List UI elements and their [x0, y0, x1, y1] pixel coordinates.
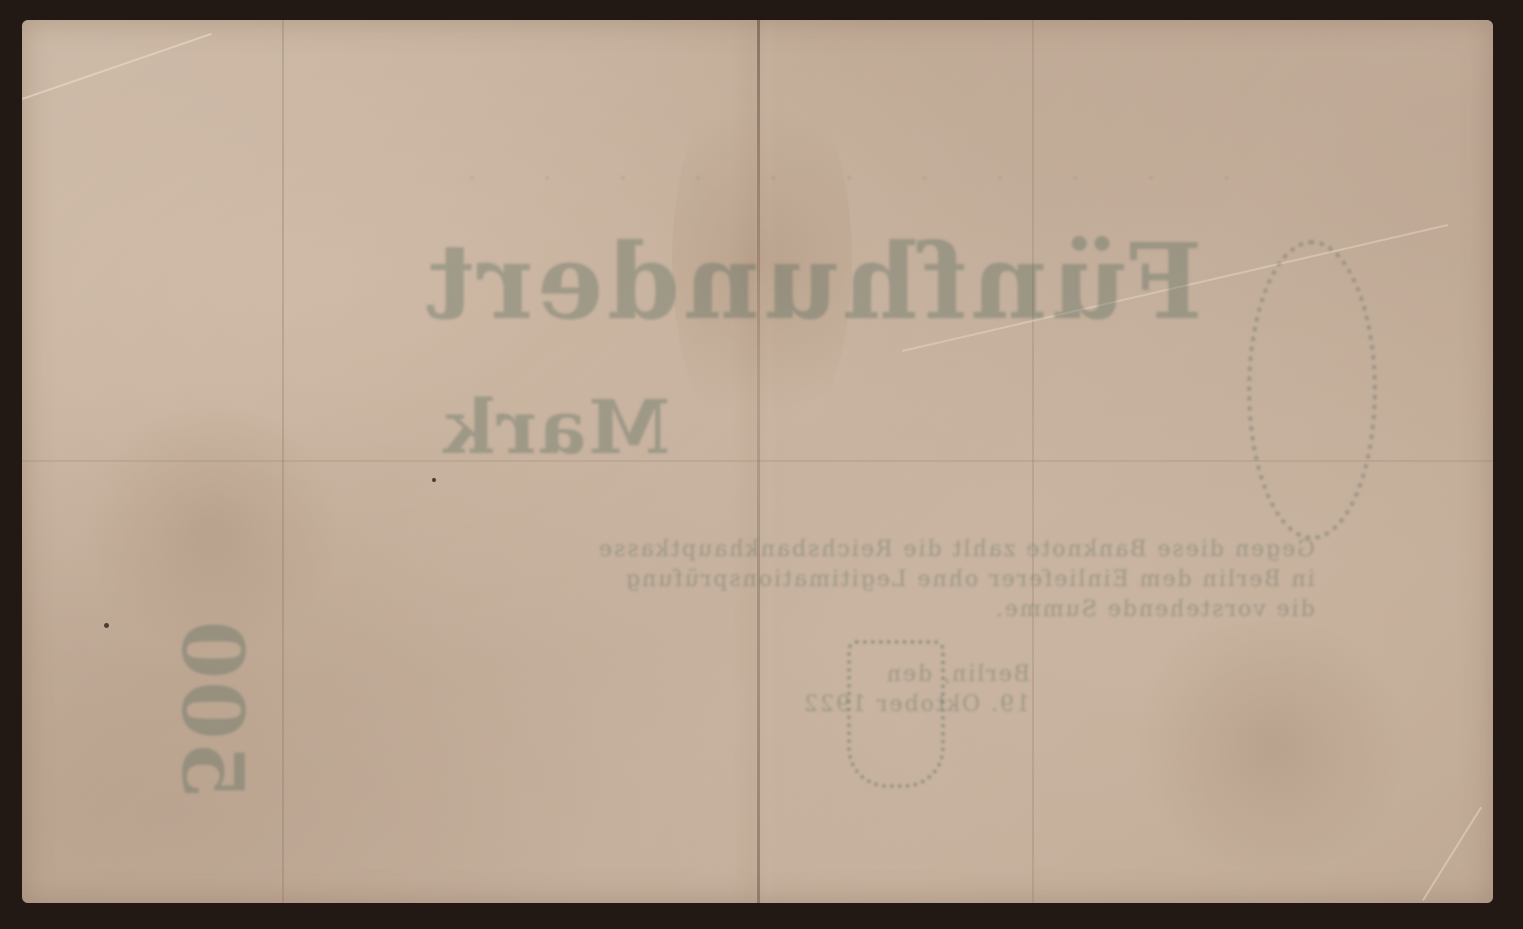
ink-spot: [432, 478, 436, 482]
ink-spot: [104, 623, 109, 628]
bleed-through-dots: · · · · · · · · · · ·: [437, 168, 1229, 189]
bleed-through-ornament: [1247, 240, 1377, 540]
photo-stage: · · · · · · · · · · · Fünfhundert Mark G…: [0, 0, 1523, 929]
bleed-through-seal: [847, 640, 945, 788]
corner-crease: [1422, 807, 1482, 901]
bleed-through-headline: Fünfhundert: [422, 220, 1203, 343]
bleed-through-subline: Mark: [442, 385, 670, 471]
bleed-through-text: Gegen diese Banknote zahlt die Reichsban…: [597, 535, 1315, 625]
stain: [1122, 620, 1422, 870]
bleed-through-value: 500: [163, 619, 262, 800]
banknote-reverse: · · · · · · · · · · · Fünfhundert Mark G…: [22, 20, 1493, 903]
corner-crease: [22, 33, 212, 100]
